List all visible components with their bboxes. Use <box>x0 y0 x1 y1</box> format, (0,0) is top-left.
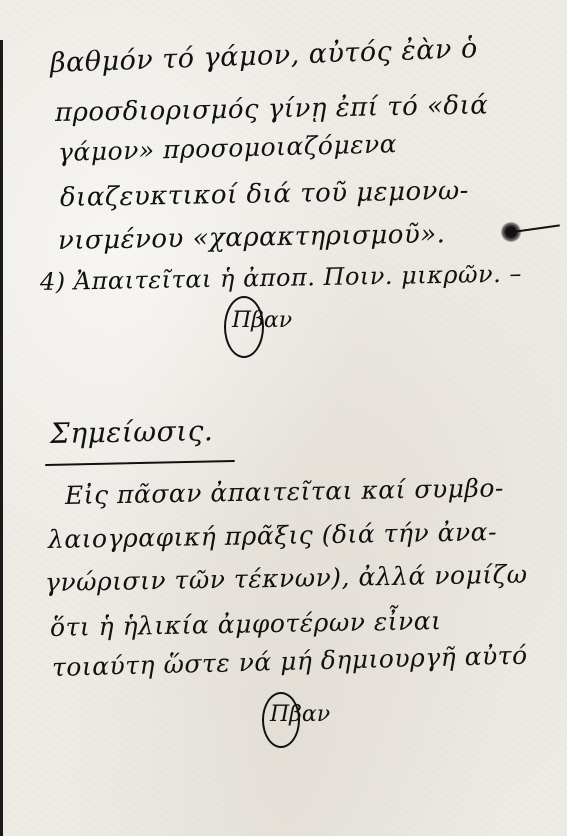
page-left-edge <box>0 40 3 836</box>
signature-text: Πβαν <box>270 702 330 727</box>
text-line: νισμένου «χαρακτηρισμοῦ». <box>58 221 446 254</box>
text-line: Εἰς πᾶσαν ἀπαιτεῖται καί συμβο- <box>65 475 504 508</box>
text-line: ὅτι ἡ ἡλικία ἀμφοτέρων εἶναι <box>50 608 442 640</box>
note-heading: Σημείωσις. <box>50 417 214 448</box>
text-line: προσδιορισμός γίνῃ ἐπί τό «διά <box>55 92 489 126</box>
text-line: λαιογραφική πρᾶξις (διά τήν ἀνα- <box>48 519 497 552</box>
signature-text: Πβαν <box>232 308 292 333</box>
text-line: διαζευκτικοί διά τοῦ μεμονω- <box>60 178 469 211</box>
